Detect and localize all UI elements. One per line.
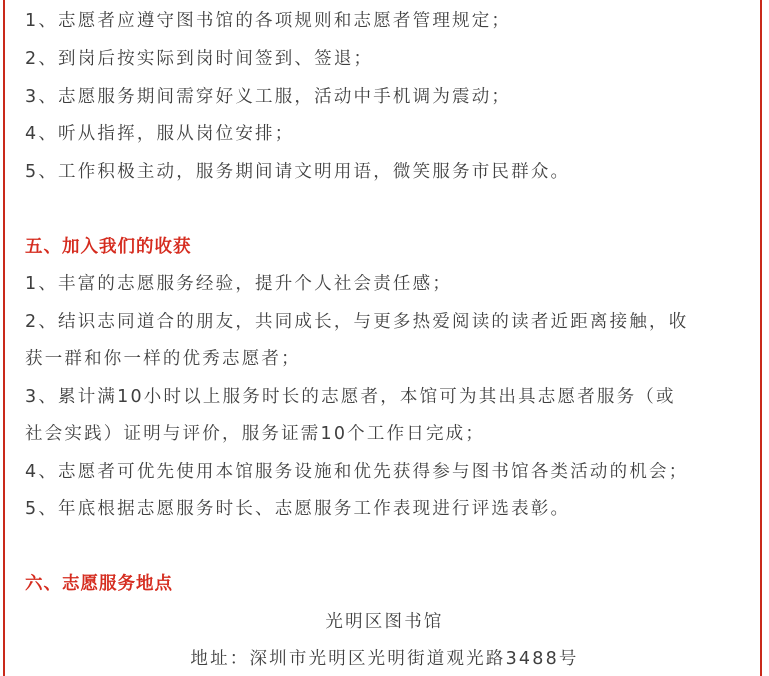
- venue-address: 地址：深圳市光明区光明街道观光路3488号: [0, 647, 769, 671]
- benefit-line: 获一群和你一样的优秀志愿者；: [25, 347, 301, 371]
- benefit-line: 1、丰富的志愿服务经验，提升个人社会责任感；: [25, 272, 452, 296]
- benefit-line: 4、志愿者可优先使用本馆服务设施和优先获得参与图书馆各类活动的机会；: [25, 460, 688, 484]
- benefit-line: 社会实践）证明与评价，服务证需10个工作日完成；: [25, 422, 485, 446]
- rule-item: 5、工作积极主动，服务期间请文明用语，微笑服务市民群众。: [25, 160, 570, 184]
- rule-item: 1、志愿者应遵守图书馆的各项规则和志愿者管理规定；: [25, 9, 511, 33]
- section-heading: 六、志愿服务地点: [25, 572, 173, 596]
- rule-item: 3、志愿服务期间需穿好义工服，活动中手机调为震动；: [25, 85, 511, 109]
- benefit-line: 5、年底根据志愿服务时长、志愿服务工作表现进行评选表彰。: [25, 497, 570, 521]
- venue-name: 光明区图书馆: [0, 610, 769, 634]
- section-heading: 五、加入我们的收获: [25, 235, 192, 259]
- benefit-line: 2、结识志同道合的朋友，共同成长，与更多热爱阅读的读者近距离接触，收: [25, 310, 688, 334]
- benefit-line: 3、累计满10小时以上服务时长的志愿者，本馆可为其出具志愿者服务（或: [25, 385, 676, 409]
- rule-item: 2、到岗后按实际到岗时间签到、签退；: [25, 47, 373, 71]
- rule-item: 4、听从指挥，服从岗位安排；: [25, 122, 294, 146]
